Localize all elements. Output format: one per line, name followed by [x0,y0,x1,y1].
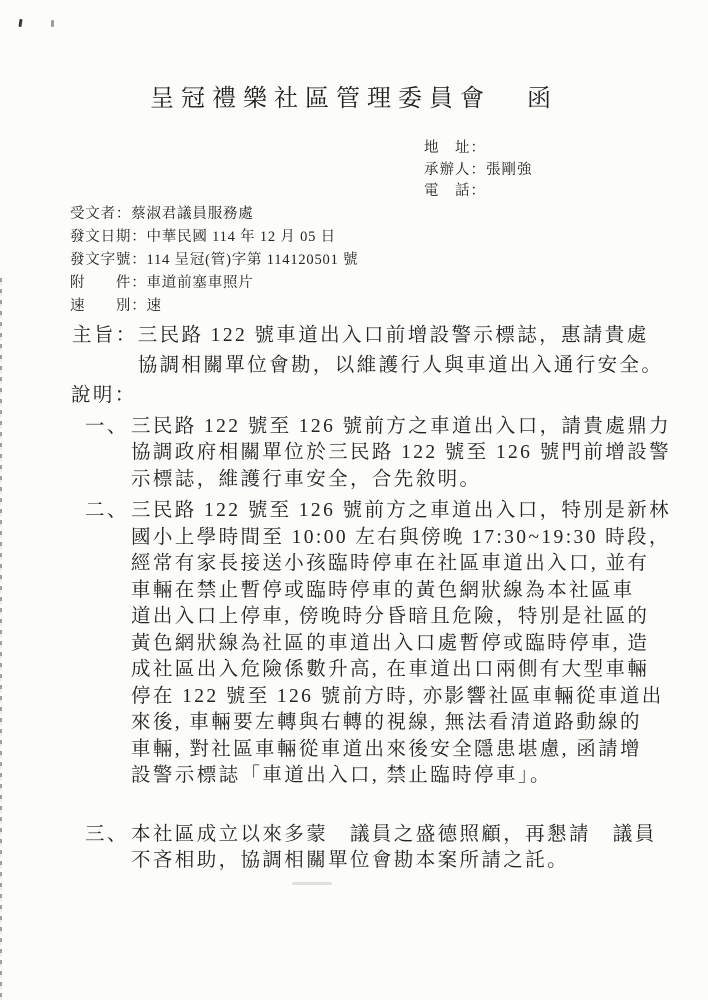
contact-row-address: 地 址： [424,138,708,160]
doc-type-label: 函 [527,86,558,112]
subject-text: 三民路 122 號車道出入口前增設警示標誌，惠請貴處 協調相關單位會勘，以維護行… [138,321,694,381]
doc-number-label: 發文字號： [70,252,147,268]
phone-label: 電 話： [424,183,486,199]
item-2-text: 三民路 122 號至 126 號前方之車道出入口，特別是新林 國小上學時間至 1… [131,498,701,790]
recipient-label: 受文者： [70,206,131,222]
document-title: 呈冠禮樂社區管理委員會函 [0,84,708,114]
item-1-text: 三民路 122 號至 126 號前方之車道出入口，請貴處鼎力 協調政府相關單位於… [131,414,701,494]
issue-date-label: 發文日期： [70,229,147,245]
field-row-priority: 速 別：速 [70,295,708,318]
attachment-value: 車道前塞車照片 [147,275,254,291]
item-1-number: 一、 [85,414,131,441]
attachment-label: 附 件： [70,275,147,291]
field-row-issue-date: 發文日期：中華民國 114 年 12 月 05 日 [70,226,708,249]
scan-speck [51,20,54,27]
scan-speck [18,19,22,27]
contact-block: 地 址： 承辦人：張剛強 電 話： [424,138,708,203]
explanation-item-2: 二、 三民路 122 號至 126 號前方之車道出入口，特別是新林 國小上學時間… [85,498,708,790]
scan-edge-artifact [0,278,2,1000]
item-3-number: 三、 [85,822,131,849]
handler-label: 承辦人： [424,162,486,178]
issue-date-value: 中華民國 114 年 12 月 05 日 [147,229,336,245]
field-row-doc-number: 發文字號：114 呈冠(管)字第 114120501 號 [70,249,708,272]
field-row-attachment: 附 件：車道前塞車照片 [70,272,708,295]
scanned-letter-page: 呈冠禮樂社區管理委員會函 地 址： 承辦人：張剛強 電 話： 受文者：蔡淑君議員… [0,0,708,1000]
handler-value: 張剛強 [486,162,533,178]
explanation-item-1: 一、 三民路 122 號至 126 號前方之車道出入口，請貴處鼎力 協調政府相關… [85,414,708,494]
explanation-item-3: 三、 本社區成立以來多蒙 議員之盛德照顧，再懇請 議員 不吝相助，協調相關單位會… [85,822,708,875]
contact-row-phone: 電 話： [424,181,708,203]
subject-label: 主旨： [72,321,138,351]
field-row-recipient: 受文者：蔡淑君議員服務處 [70,203,708,226]
item-3-text: 本社區成立以來多蒙 議員之盛德照顧，再懇請 議員 不吝相助，協調相關單位會勘本案… [131,822,701,875]
priority-label: 速 別： [70,298,147,314]
address-label: 地 址： [424,140,486,156]
contact-row-handler: 承辦人：張剛強 [424,160,708,182]
doc-number-value: 114 呈冠(管)字第 114120501 號 [147,252,359,268]
priority-value: 速 [147,298,162,314]
subject-section: 主旨： 三民路 122 號車道出入口前增設警示標誌，惠請貴處 協調相關單位會勘，… [72,321,708,381]
scan-smudge [292,882,332,885]
committee-name: 呈冠禮樂社區管理委員會 [150,86,491,112]
header-fields: 受文者：蔡淑君議員服務處 發文日期：中華民國 114 年 12 月 05 日 發… [70,203,708,318]
explanation-items: 一、 三民路 122 號至 126 號前方之車道出入口，請貴處鼎力 協調政府相關… [85,414,708,875]
explanation-label: 說明： [71,381,708,411]
item-2-number: 二、 [85,498,131,525]
recipient-value: 蔡淑君議員服務處 [131,206,253,222]
